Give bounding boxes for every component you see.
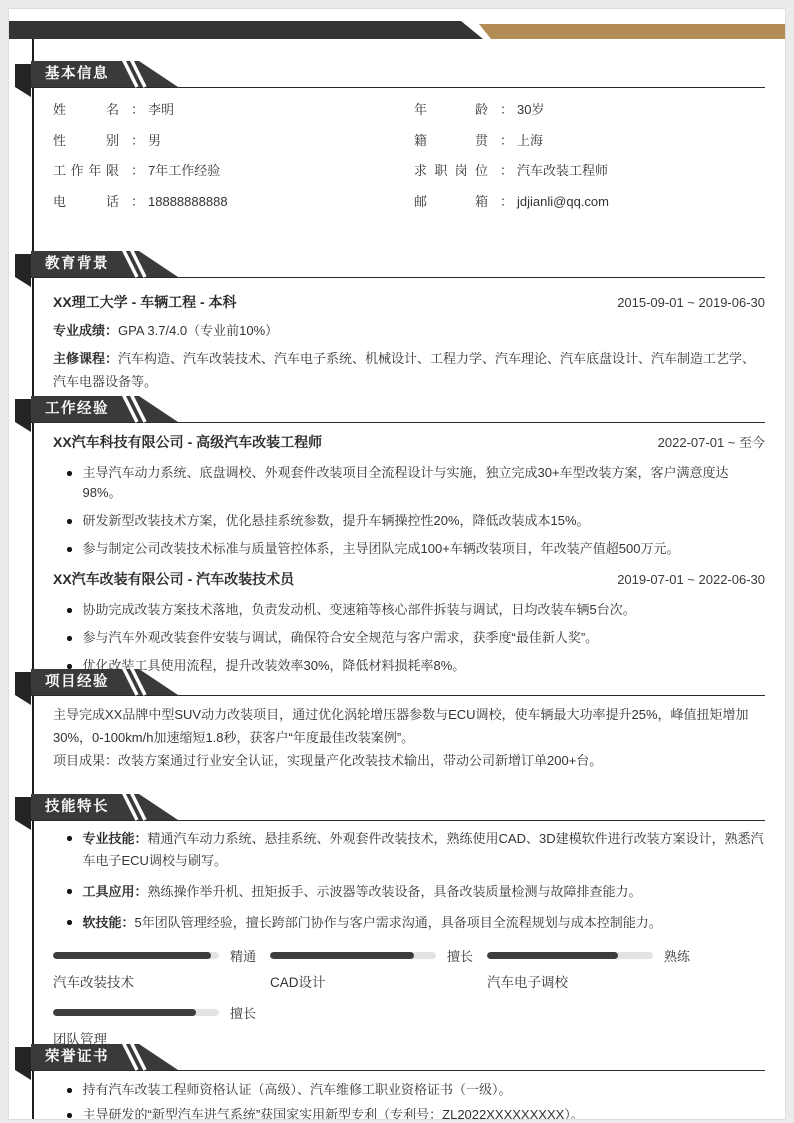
skill-level: 熟练 — [664, 946, 690, 965]
skill-bar-row: 熟练 — [487, 948, 704, 962]
skill-bullet: 软技能：5年团队管理经验，擅长跨部门协作与客户需求沟通，具备项目全流程规划与成本… — [53, 912, 765, 934]
field-value: 男 — [148, 130, 161, 149]
courses-text: 汽车构造、汽车改装技术、汽车电子系统、机械设计、工程力学、汽车理论、汽车底盘设计… — [53, 351, 755, 389]
field-colon: ： — [131, 191, 144, 210]
resume-screenshot: { "ui": { "colon": "：" }, "colors": { "b… — [0, 0, 794, 1123]
honor-bullet: 主导研发的“新型汽车进气系统”获国家实用新型专利（专利号：ZL2022XXXXX… — [53, 1105, 765, 1120]
education-school-row: XX理工大学 - 车辆工程 - 本科 2015-09-01 ~ 2019-06-… — [53, 292, 765, 313]
job-date: 2019-07-01 ~ 2022-06-30 — [617, 570, 765, 590]
skill-name: CAD设计 — [270, 971, 487, 991]
skills-bullet-list: 专业技能：精通汽车动力系统、悬挂系统、外观套件改装技术，熟练使用CAD、3D建模… — [53, 828, 765, 934]
bullet-dot-icon — [67, 664, 72, 669]
field-value: 30岁 — [517, 99, 544, 118]
bullet-text: 主导汽车动力系统、底盘调校、外观套件改装项目全流程设计与实施，独立完成30+车型… — [83, 463, 766, 503]
skill-bar-track — [270, 952, 436, 959]
section-title: 荣誉证书 — [45, 1044, 109, 1070]
bullet-dot-icon — [67, 471, 72, 476]
field-colon: ： — [131, 130, 144, 149]
courses-row: 主修课程：汽车构造、汽车改装技术、汽车电子系统、机械设计、工程力学、汽车理论、汽… — [53, 347, 765, 393]
section-title: 教育背景 — [45, 251, 109, 277]
field-phone: 电话：18888888888 — [53, 191, 414, 210]
job-1: XX汽车科技有限公司 - 高级汽车改装工程师 2022-07-01 ~ 至今 主… — [53, 432, 765, 559]
bullet-text: 软技能：5年团队管理经验，擅长跨部门协作与客户需求沟通，具备项目全流程规划与成本… — [83, 912, 766, 934]
skill-level: 擅长 — [447, 946, 473, 965]
project-body: 主导完成XX品牌中型SUV动力改装项目，通过优化涡轮增压器参数与ECU调校，使车… — [53, 703, 765, 772]
work-body: XX汽车科技有限公司 - 高级汽车改装工程师 2022-07-01 ~ 至今 主… — [53, 432, 765, 676]
bullet-dot-icon — [67, 547, 72, 552]
skill-name: 汽车电子调校 — [487, 971, 704, 991]
job-bullet: 协助完成改装方案技术落地，负责发动机、变速箱等核心部件拆装与调试，日均改装车辆5… — [53, 600, 765, 620]
bullet-dot-icon — [67, 1113, 72, 1118]
skill-bar-track — [53, 1009, 219, 1016]
skill-bar-item: 擅长 CAD设计 — [270, 948, 487, 991]
bullet-dot-icon — [67, 920, 72, 925]
top-decoration-bar — [9, 21, 785, 39]
section-title: 技能特长 — [45, 794, 109, 820]
section-title: 基本信息 — [45, 61, 109, 87]
section-basic-info: 基本信息 姓名：李明 性别：男 工作年限：7年工作经验 电话：188888888… — [15, 61, 765, 221]
job-bullet: 主导汽车动力系统、底盘调校、外观套件改装项目全流程设计与实施，独立完成30+车型… — [53, 463, 765, 503]
skill-bar-item: 精通 汽车改装技术 — [53, 948, 270, 991]
honors-bullet-list: 持有汽车改装工程师资格认证（高级）、汽车维修工职业资格证书（一级）。 主导研发的… — [53, 1080, 765, 1120]
skill-bullet-detail: 熟练操作举升机、扭矩扳手、示波器等改装设备，具备改装质量检测与故障排查能力。 — [148, 884, 642, 899]
skill-bar-row: 精通 — [53, 948, 270, 962]
skill-bullet-detail: 5年团队管理经验，擅长跨部门协作与客户需求沟通，具备项目全流程规划与成本控制能力… — [135, 915, 662, 930]
section-skills: 技能特长 专业技能：精通汽车动力系统、悬挂系统、外观套件改装技术，熟练使用CAD… — [15, 794, 765, 1048]
field-hometown: 籍贯：上海 — [414, 130, 609, 149]
job-bullet-list: 主导汽车动力系统、底盘调校、外观套件改装项目全流程设计与实施，独立完成30+车型… — [53, 463, 765, 559]
field-email: 邮箱：jdjianli@qq.com — [414, 191, 609, 210]
field-colon: ： — [500, 191, 513, 210]
field-label: 籍贯 — [414, 130, 488, 149]
section-work: 工作经验 XX汽车科技有限公司 - 高级汽车改装工程师 2022-07-01 ~… — [15, 396, 765, 684]
job-bullet: 参与汽车外观改装套件安装与调试，确保符合安全规范与客户需求，获季度“最佳新人奖”… — [53, 628, 765, 648]
bullet-dot-icon — [67, 608, 72, 613]
field-value: 上海 — [517, 130, 543, 149]
field-value: 7年工作经验 — [148, 160, 220, 179]
section-header-basic-info: 基本信息 — [15, 61, 765, 87]
section-header-honors: 荣誉证书 — [15, 1044, 765, 1070]
skill-bar-track — [53, 952, 219, 959]
bullet-dot-icon — [67, 836, 72, 841]
bullet-dot-icon — [67, 889, 72, 894]
bullet-text: 主导研发的“新型汽车进气系统”获国家实用新型专利（专利号：ZL2022XXXXX… — [83, 1105, 766, 1120]
field-gender: 性别：男 — [53, 130, 414, 149]
field-label: 求职岗位 — [414, 160, 488, 179]
bullet-text: 研发新型改装技术方案，优化悬挂系统参数，提升车辆操控性20%，降低改装成本15%… — [83, 511, 766, 531]
education-body: XX理工大学 - 车辆工程 - 本科 2015-09-01 ~ 2019-06-… — [53, 292, 765, 393]
field-colon: ： — [500, 160, 513, 179]
gpa-value: GPA 3.7/4.0（专业前10%） — [118, 323, 278, 338]
honors-body: 持有汽车改装工程师资格认证（高级）、汽车维修工职业资格证书（一级）。 主导研发的… — [53, 1080, 765, 1120]
section-project: 项目经验 主导完成XX品牌中型SUV动力改装项目，通过优化涡轮增压器参数与ECU… — [15, 669, 765, 772]
skill-bar-fill — [53, 952, 211, 959]
section-header-education: 教育背景 — [15, 251, 765, 277]
job-2: XX汽车改装有限公司 - 汽车改装技术员 2019-07-01 ~ 2022-0… — [53, 569, 765, 676]
bullet-text: 参与制定公司改装技术标准与质量管控体系，主导团队完成100+车辆改装项目，年改装… — [83, 539, 766, 559]
job-date: 2022-07-01 ~ 至今 — [658, 433, 765, 453]
section-header-work: 工作经验 — [15, 396, 765, 422]
skill-bullet-detail: 精通汽车动力系统、悬挂系统、外观套件改装技术，熟练使用CAD、3D建模软件进行改… — [83, 831, 764, 868]
skill-bullet-label: 软技能： — [83, 915, 135, 930]
skill-bars: 精通 汽车改装技术 擅长 CAD设计 熟练 汽车电子调校 — [53, 934, 765, 1048]
bullet-text: 协助完成改装方案技术落地，负责发动机、变速箱等核心部件拆装与调试，日均改装车辆5… — [83, 600, 766, 620]
gpa-row: 专业成绩：GPA 3.7/4.0（专业前10%） — [53, 321, 765, 341]
skill-level: 精通 — [230, 946, 256, 965]
field-label: 年龄 — [414, 99, 488, 118]
section-honors: 荣誉证书 持有汽车改装工程师资格认证（高级）、汽车维修工职业资格证书（一级）。 … — [15, 1044, 765, 1120]
skill-bar-item: 擅长 团队管理 — [53, 1005, 270, 1048]
field-colon: ： — [500, 99, 513, 118]
skills-body: 专业技能：精通汽车动力系统、悬挂系统、外观套件改装技术，熟练使用CAD、3D建模… — [53, 828, 765, 1048]
job-company-role: XX汽车改装有限公司 - 汽车改装技术员 — [53, 569, 294, 589]
bullet-text: 参与汽车外观改装套件安装与调试，确保符合安全规范与客户需求，获季度“最佳新人奖”… — [83, 628, 766, 648]
skill-bar-row: 擅长 — [53, 1005, 270, 1019]
bullet-dot-icon — [67, 636, 72, 641]
skill-bar-fill — [270, 952, 414, 959]
skill-name: 汽车改装技术 — [53, 971, 270, 991]
basic-info-grid: 姓名：李明 性别：男 工作年限：7年工作经验 电话：18888888888 年龄… — [53, 99, 765, 221]
skill-bullet: 工具应用：熟练操作举升机、扭矩扳手、示波器等改装设备，具备改装质量检测与故障排查… — [53, 881, 765, 903]
school-degree: XX理工大学 - 车辆工程 - 本科 — [53, 292, 237, 312]
skill-level: 擅长 — [230, 1003, 256, 1022]
skill-bar-fill — [487, 952, 618, 959]
section-education: 教育背景 XX理工大学 - 车辆工程 - 本科 2015-09-01 ~ 201… — [15, 251, 765, 393]
field-value: jdjianli@qq.com — [517, 194, 609, 209]
section-title: 工作经验 — [45, 396, 109, 422]
section-header-skills: 技能特长 — [15, 794, 765, 820]
skill-bar-row: 擅长 — [270, 948, 487, 962]
skill-bar-track — [487, 952, 653, 959]
gpa-label: 专业成绩： — [53, 323, 118, 338]
project-result: 项目成果：改装方案通过行业安全认证，实现量产化改装技术输出，带动公司新增订单20… — [53, 749, 765, 772]
field-value: 汽车改装工程师 — [517, 160, 608, 179]
field-label: 电话 — [53, 191, 119, 210]
field-target-position: 求职岗位：汽车改装工程师 — [414, 160, 609, 179]
education-date: 2015-09-01 ~ 2019-06-30 — [617, 293, 765, 313]
field-years: 工作年限：7年工作经验 — [53, 160, 414, 179]
skill-bar-fill — [53, 1009, 196, 1016]
job-bullet: 参与制定公司改装技术标准与质量管控体系，主导团队完成100+车辆改装项目，年改装… — [53, 539, 765, 559]
field-label: 工作年限 — [53, 160, 119, 179]
job-bullet-list: 协助完成改装方案技术落地，负责发动机、变速箱等核心部件拆装与调试，日均改装车辆5… — [53, 600, 765, 676]
bullet-text: 工具应用：熟练操作举升机、扭矩扳手、示波器等改装设备，具备改装质量检测与故障排查… — [83, 881, 766, 903]
section-header-project: 项目经验 — [15, 669, 765, 695]
skill-bar-item: 熟练 汽车电子调校 — [487, 948, 704, 991]
courses-label: 主修课程： — [53, 351, 118, 366]
basic-info-body: 姓名：李明 性别：男 工作年限：7年工作经验 电话：18888888888 年龄… — [53, 99, 765, 221]
job-bullet: 研发新型改装技术方案，优化悬挂系统参数，提升车辆操控性20%，降低改装成本15%… — [53, 511, 765, 531]
resume-page: 基本信息 姓名：李明 性别：男 工作年限：7年工作经验 电话：188888888… — [8, 8, 786, 1120]
field-value: 18888888888 — [148, 194, 228, 209]
job-title-row: XX汽车改装有限公司 - 汽车改装技术员 2019-07-01 ~ 2022-0… — [53, 569, 765, 590]
field-label: 邮箱 — [414, 191, 488, 210]
field-label: 性别 — [53, 130, 119, 149]
field-colon: ： — [131, 160, 144, 179]
section-title: 项目经验 — [45, 669, 109, 695]
field-age: 年龄：30岁 — [414, 99, 609, 118]
bullet-dot-icon — [67, 519, 72, 524]
skill-bullet-label: 工具应用： — [83, 884, 148, 899]
basic-info-right-column: 年龄：30岁 籍贯：上海 求职岗位：汽车改装工程师 邮箱：jdjianli@qq… — [414, 99, 609, 221]
basic-info-left-column: 姓名：李明 性别：男 工作年限：7年工作经验 电话：18888888888 — [53, 99, 414, 221]
bullet-dot-icon — [67, 1088, 72, 1093]
field-colon: ： — [500, 130, 513, 149]
